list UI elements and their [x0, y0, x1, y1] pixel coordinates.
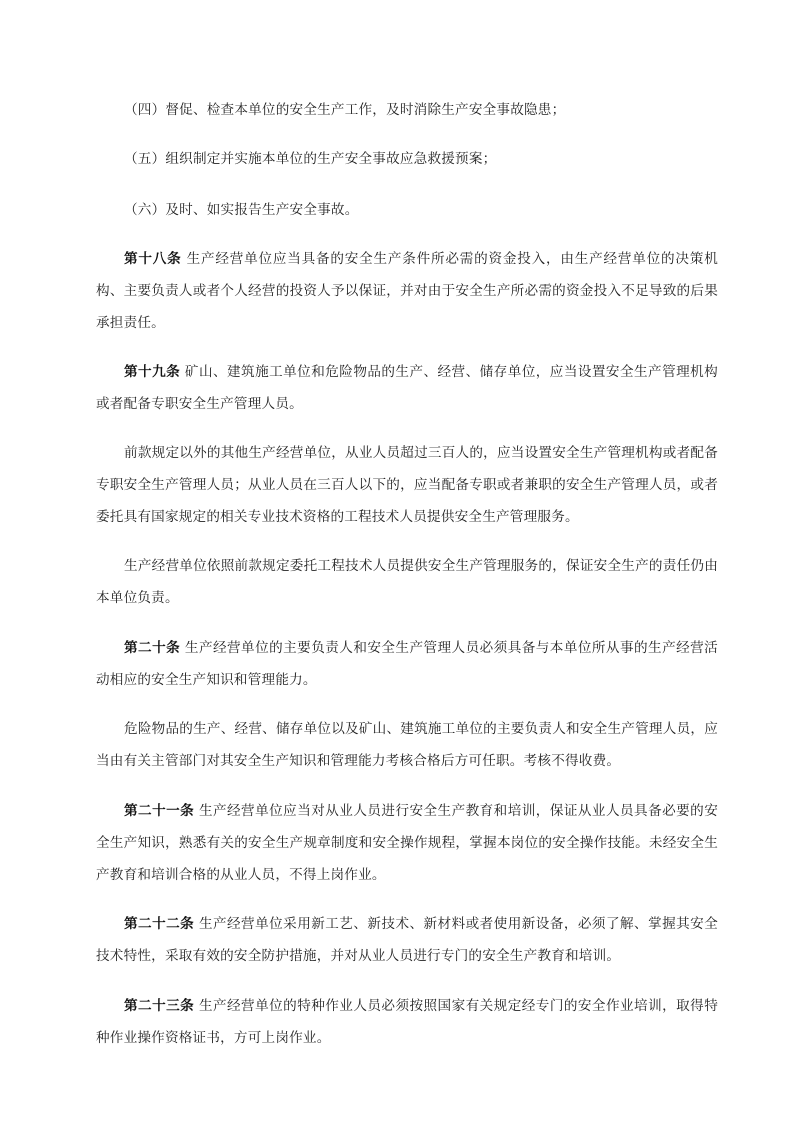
article-label: 第十八条	[124, 251, 182, 267]
article-21: 第二十一条 生产经营单位应当对从业人员进行安全生产教育和培训，保证从业人员具备必…	[96, 795, 718, 891]
article-label: 第二十一条	[124, 803, 194, 819]
article-20-para-2: 危险物品的生产、经营、储存单位以及矿山、建筑施工单位的主要负责人和安全生产管理人…	[96, 713, 718, 777]
article-text: 矿山、建筑施工单位和危险物品的生产、经营、储存单位，应当设置安全生产管理机构或者…	[96, 364, 718, 412]
list-item-6: （六）及时、如实报告生产安全事故。	[96, 194, 718, 226]
article-20: 第二十条 生产经营单位的主要负责人和安全生产管理人员必须具备与本单位所从事的生产…	[96, 632, 718, 696]
article-23: 第二十三条 生产经营单位的特种作业人员必须按照国家有关规定经专门的安全作业培训，…	[96, 990, 718, 1054]
list-item-5: （五）组织制定并实施本单位的生产安全事故应急救援预案；	[96, 143, 718, 175]
list-item-4: （四）督促、检查本单位的安全生产工作，及时消除生产安全事故隐患；	[96, 94, 718, 126]
article-19: 第十九条 矿山、建筑施工单位和危险物品的生产、经营、储存单位，应当设置安全生产管…	[96, 356, 718, 420]
article-19-para-2: 前款规定以外的其他生产经营单位，从业人员超过三百人的，应当设置安全生产管理机构或…	[96, 437, 718, 533]
article-label: 第二十二条	[124, 916, 194, 932]
article-text: 生产经营单位的主要负责人和安全生产管理人员必须具备与本单位所从事的生产经营活动相…	[96, 640, 718, 688]
article-text: 生产经营单位应当具备的安全生产条件所必需的资金投入，由生产经营单位的决策机构、主…	[96, 251, 718, 331]
article-label: 第十九条	[124, 364, 180, 380]
article-22: 第二十二条 生产经营单位采用新工艺、新技术、新材料或者使用新设备，必须了解、掌握…	[96, 908, 718, 972]
article-19-para-3: 生产经营单位依照前款规定委托工程技术人员提供安全生产管理服务的，保证安全生产的责…	[96, 550, 718, 614]
article-label: 第二十条	[124, 640, 180, 656]
article-label: 第二十三条	[124, 998, 194, 1014]
article-18: 第十八条 生产经营单位应当具备的安全生产条件所必需的资金投入，由生产经营单位的决…	[96, 243, 718, 339]
